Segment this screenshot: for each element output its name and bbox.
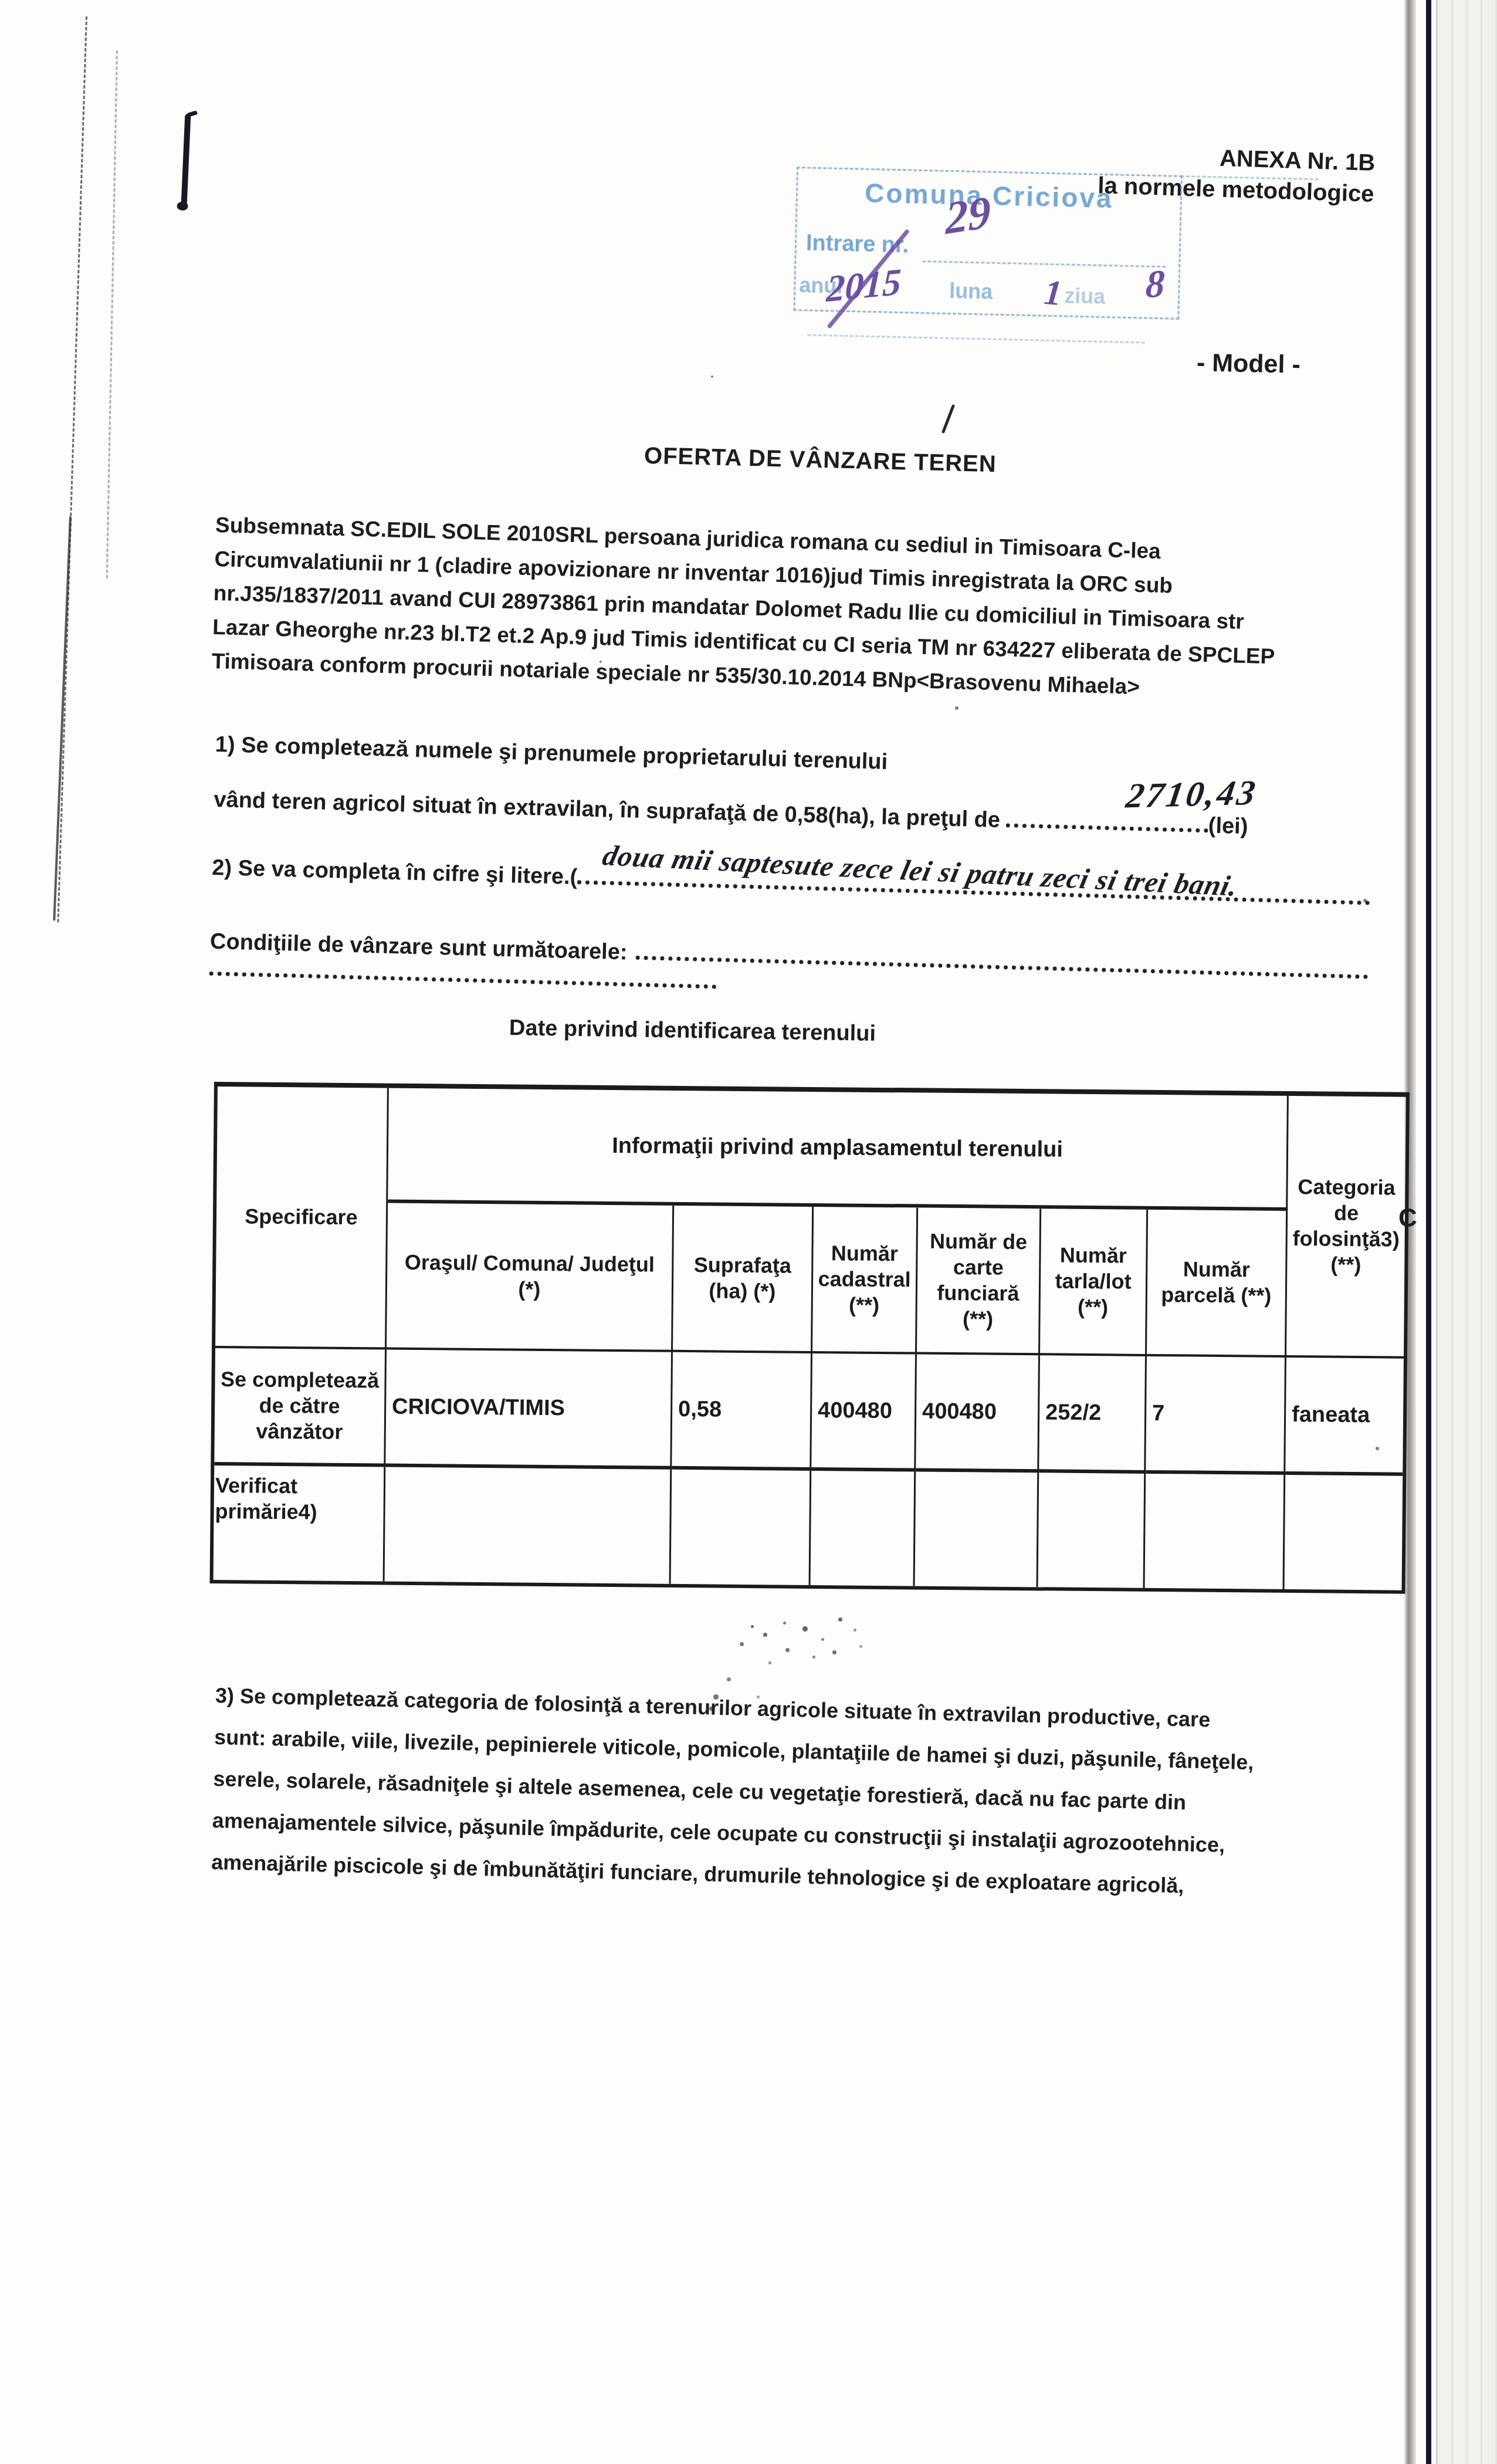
cell-suprafata-value: 0,58 [672, 1352, 812, 1471]
cell-empty [811, 1471, 916, 1586]
col-header-categoria: Categoria de folosinţă3) (**) [1286, 1096, 1406, 1359]
scan-page-edge-area [1438, 0, 1497, 2464]
dotted-fill-line [209, 972, 717, 989]
noise-dot [955, 706, 959, 710]
table-caption: Date privind identificarea terenului [509, 1016, 876, 1047]
col-header-tarla: Număr tarla/lot (**) [1040, 1209, 1148, 1356]
sale-price-unit: (lei) [1208, 813, 1248, 840]
row-label-seller: Se completează de către vânzător [214, 1348, 387, 1467]
cutoff-column-letter: C [1398, 1204, 1417, 1233]
cell-empty [385, 1467, 672, 1584]
land-identification-table: Specificare Informaţii privind amplasame… [210, 1082, 1410, 1594]
handwritten-day: 8 [1145, 261, 1166, 307]
col-header-cadastral: Număr cadastral (**) [812, 1207, 918, 1355]
pen-mark [181, 114, 191, 205]
handwritten-month: 1 [1042, 272, 1064, 314]
col-header-carte-funciara: Număr de carte funciară (**) [917, 1207, 1041, 1355]
table-group-header: Informaţii privind amplasamentul terenul… [388, 1088, 1289, 1211]
col-header-parcela: Număr parcelă (**) [1147, 1210, 1288, 1358]
cell-categoria-value: faneata [1285, 1358, 1404, 1476]
scanned-document-page: ANEXA Nr. 1B la normele metodologice - M… [0, 0, 1497, 2464]
cell-parcela-value: 7 [1146, 1356, 1286, 1475]
cell-empty [915, 1471, 1039, 1587]
noise-dot [711, 375, 713, 378]
dotted-fill-line [635, 938, 1369, 979]
ink-speckle-cluster [751, 1625, 754, 1628]
cell-cadastral-value: 400480 [811, 1353, 917, 1472]
stamp-month-label: luna [949, 279, 993, 304]
scan-binding-thin-line [1436, 0, 1438, 2464]
col-header-specificare: Specificare [215, 1087, 389, 1350]
stray-slash-mark [941, 404, 955, 434]
scan-scratch-line [57, 16, 87, 922]
scan-scratch-line [53, 516, 72, 921]
handwritten-entry-number: 29 [945, 185, 991, 245]
page-title: OFERTA DE VÂNZARE TEREN [644, 443, 997, 478]
registration-stamp: Comuna Criciova Intrare nr. anul luna zi… [793, 167, 1182, 320]
cell-empty [1145, 1474, 1286, 1589]
sale-price-text: vând teren agricol situat în extravilan,… [214, 787, 1001, 833]
stamp-dashed-line [807, 334, 1144, 343]
stamp-day-label: ziua [1064, 283, 1106, 309]
handwritten-price: 2710,43 [1123, 773, 1260, 817]
footnote-paragraph: 3) Se completează categoria de folosinţă… [211, 1674, 1424, 1912]
conditions-text: Condiţiile de vânzare sunt următoarele: [210, 929, 628, 966]
row-label-verificat: Verificat primărie4) [214, 1465, 386, 1582]
note-2-text: 2) Se va completa în cifre şi litere.( [212, 855, 578, 890]
intro-paragraph: Subsemnata SC.EDIL SOLE 2010SRL persoana… [211, 508, 1391, 711]
cell-empty [1285, 1475, 1403, 1590]
cell-carte-funciara-value: 400480 [916, 1354, 1040, 1473]
model-label: - Model - [1197, 348, 1301, 380]
notes-section: 1) Se completează numele şi prenumele pr… [208, 720, 1374, 1033]
cell-tarla-value: 252/2 [1039, 1355, 1147, 1474]
cell-empty [671, 1470, 812, 1585]
col-header-oras: Oraşul/ Comuna/ Judeţul (*) [387, 1203, 674, 1352]
scan-scratch-line [106, 50, 118, 578]
stamp-dashed-line [922, 260, 1166, 268]
cell-empty [1038, 1473, 1146, 1588]
cell-oras-value: CRICIOVA/TIMIS [385, 1350, 673, 1470]
scan-binding-dark-line [1426, 0, 1431, 2464]
col-header-suprafata: Suprafaţa (ha) (*) [673, 1206, 814, 1353]
